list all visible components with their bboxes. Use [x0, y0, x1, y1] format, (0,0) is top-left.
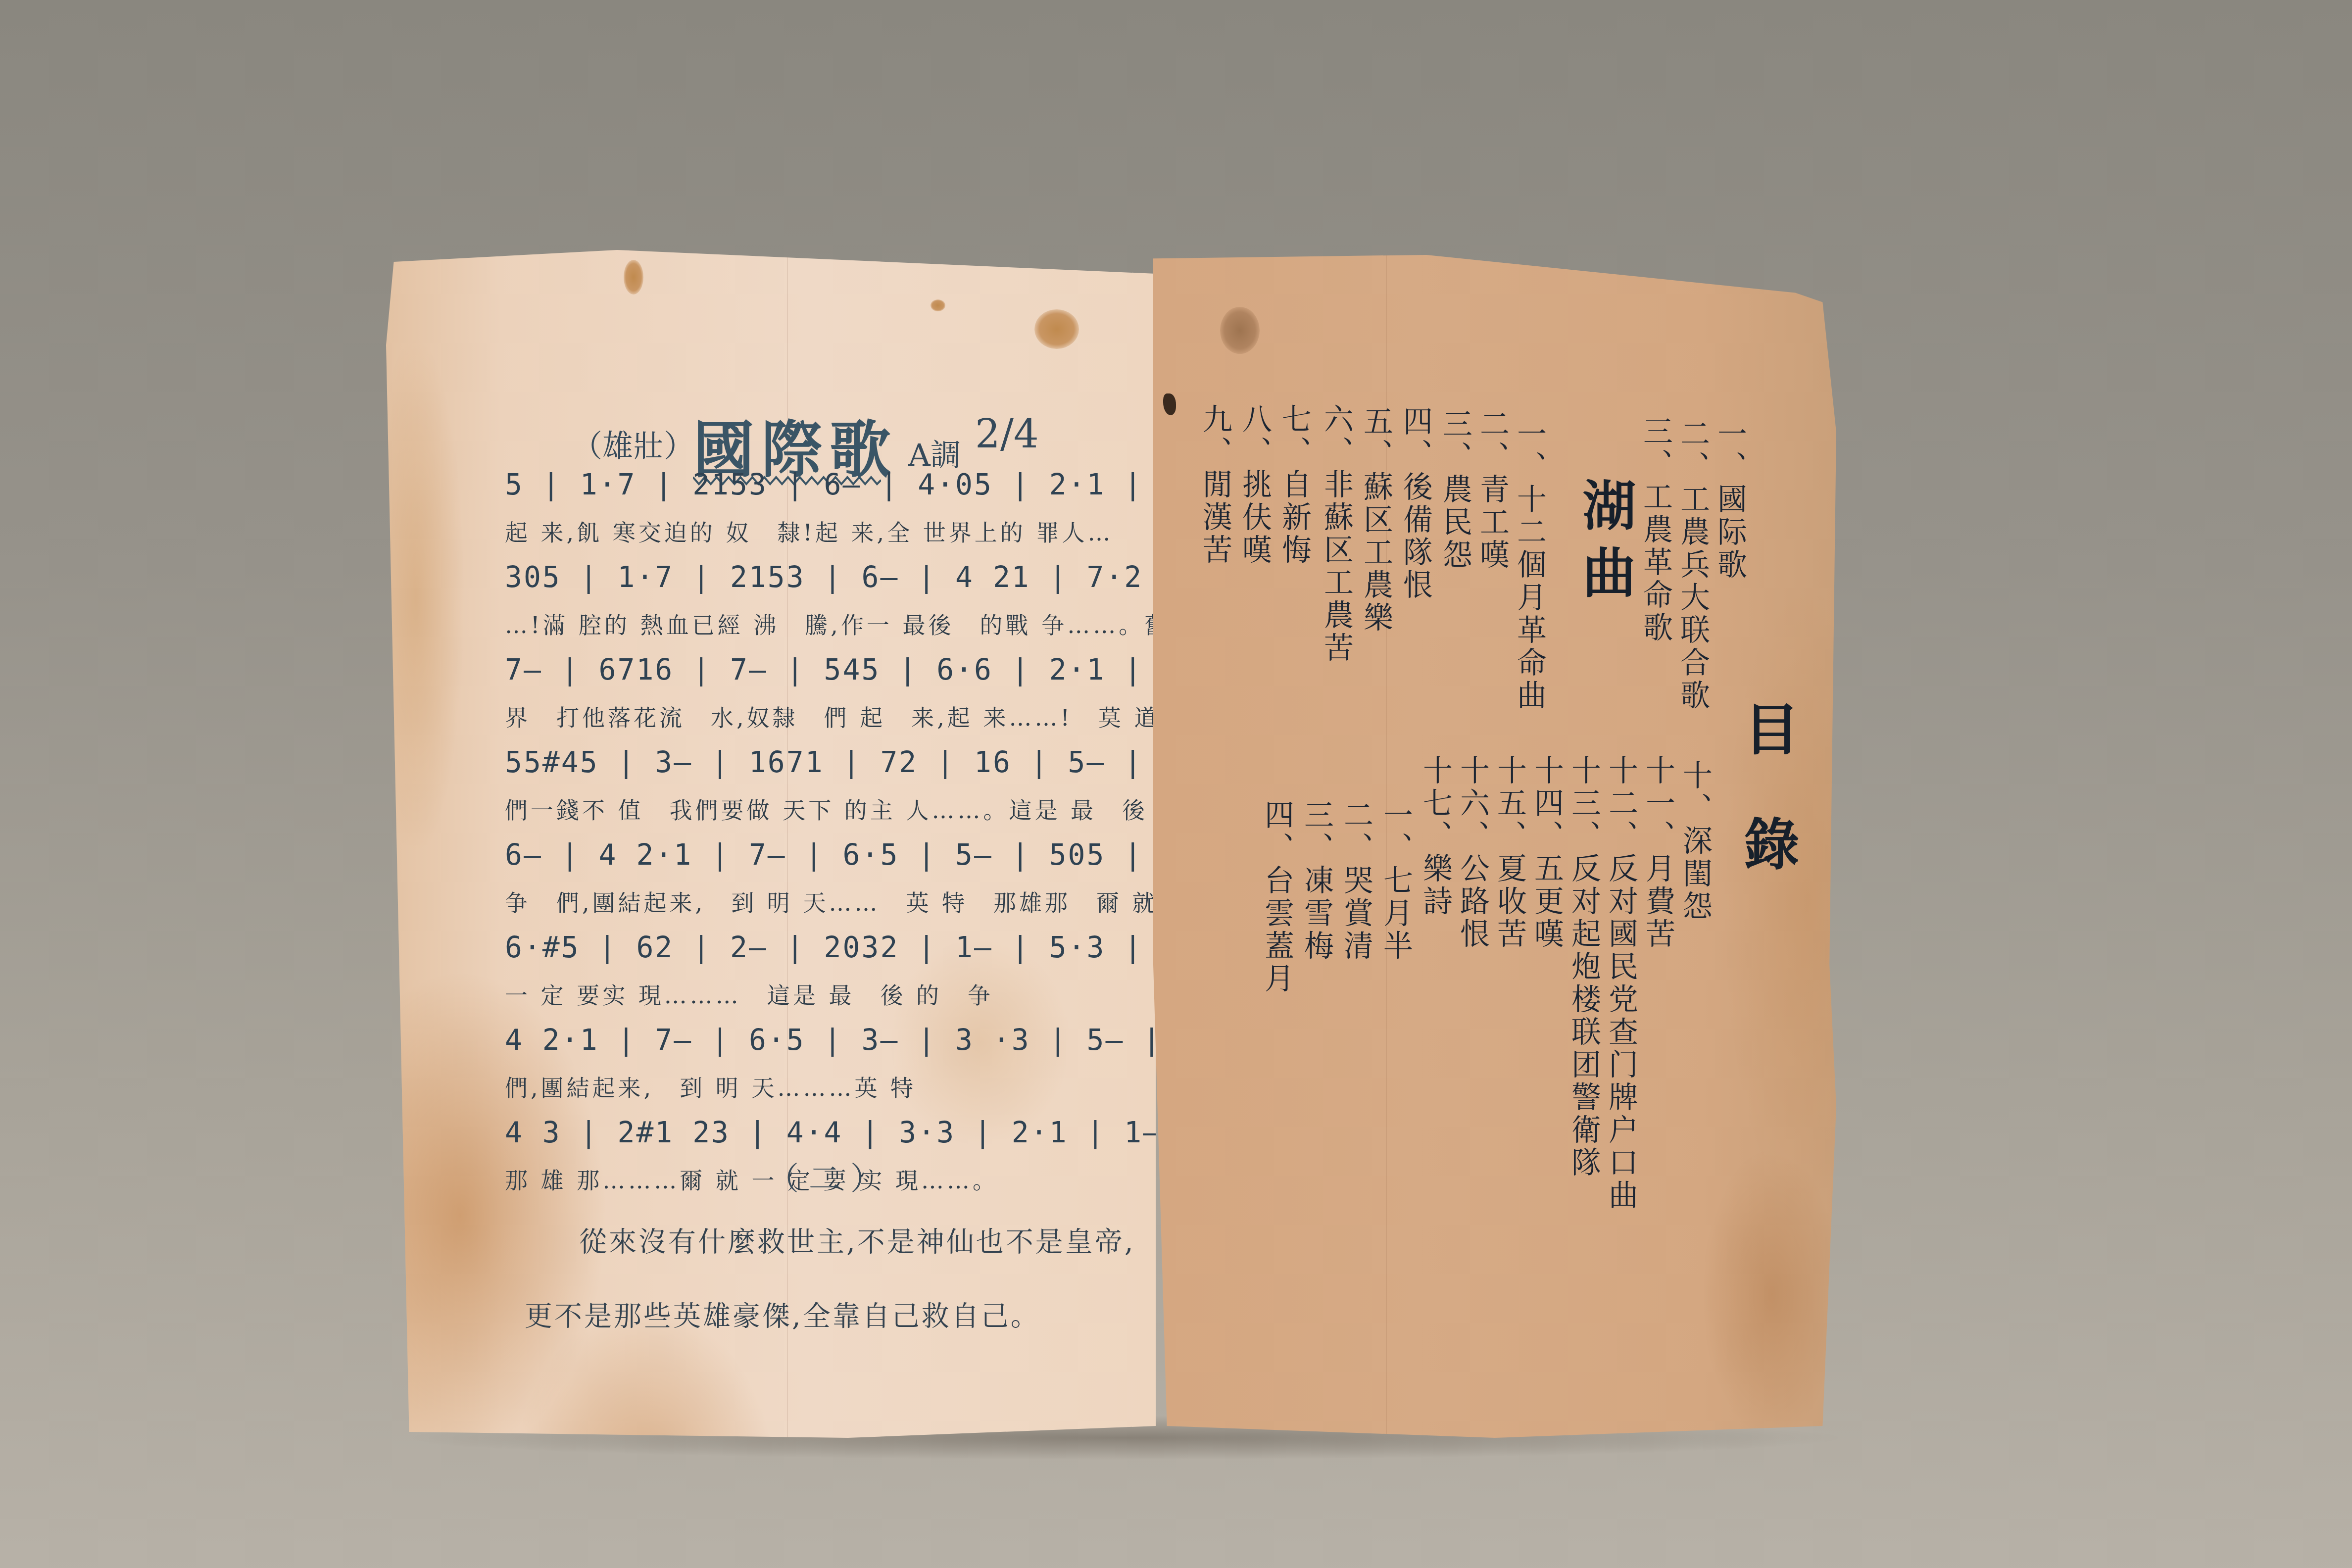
- toc-entry-number: 十二、: [1604, 755, 1638, 853]
- score-lyrics-line: …!滿 腔的 熱血已經 沸 騰,作一 最後 的戰 争……。舊世: [505, 607, 1148, 653]
- toc-entry-number: 六、: [1319, 403, 1354, 469]
- toc-entry-number: 十五、: [1492, 755, 1527, 853]
- section-heading: 湖曲: [1567, 478, 1643, 612]
- score-lyrics-line: 們,團結起来, 到 明 天………英 特: [505, 1070, 1148, 1116]
- score-notes-line: 6·#5 | 62 | 2— | 2032 | 1— | 5·3 | 6 — |: [505, 931, 1148, 978]
- toc-entry-title: 閒漢苦: [1198, 469, 1232, 567]
- toc-entry[interactable]: 九、閒漢苦: [1200, 403, 1230, 567]
- toc-entry-number: 十六、: [1455, 755, 1490, 853]
- toc-entry-number: 八、: [1237, 403, 1272, 469]
- toc-entry-title: 夏收苦: [1492, 853, 1527, 951]
- song-header: （雄壯） 國際歌 A調 2/4: [572, 401, 1067, 475]
- water-stain-spot: [624, 260, 643, 294]
- toc-entry[interactable]: 五、蘇区工農樂: [1361, 406, 1391, 635]
- toc-entry-title: 月費苦: [1641, 853, 1675, 951]
- toc-entry-title: 蘇区工農樂: [1359, 471, 1393, 635]
- toc-entry-number: 十七、: [1418, 755, 1453, 853]
- left-page: （雄壯） 國際歌 A調 2/4 5 | 1·7 | 2153 | 6— | 4·…: [386, 250, 1156, 1438]
- water-stain-spot: [1220, 307, 1260, 354]
- toc-entry-title: 哭賞清: [1339, 865, 1373, 963]
- toc-entry[interactable]: 二、哭賞清: [1341, 799, 1371, 963]
- toc-entry-number: 三、: [1638, 416, 1673, 481]
- toc-entry-number: 七、: [1277, 403, 1312, 469]
- toc-entry-number: 十、: [1678, 760, 1713, 825]
- verse-number-label: （二）: [767, 1153, 892, 1199]
- toc-entry[interactable]: 十二、反对國民党查门牌户口曲: [1606, 755, 1636, 1212]
- score-notes-line: 7— | 6716 | 7— | 545 | 6·6 | 2·1 | 7— | …: [505, 653, 1148, 700]
- score-notes-line: 4 2·1 | 7— | 6·5 | 3— | 3 ·3 | 5— |: [505, 1023, 1148, 1070]
- toc-entry-number: 三、: [1438, 408, 1472, 474]
- toc-entry-number: 十四、: [1529, 755, 1564, 853]
- toc-entry[interactable]: 三、農民怨: [1440, 408, 1470, 572]
- toc-entry-number: 二、: [1475, 408, 1510, 474]
- toc-entry[interactable]: 十三、反对起炮楼联团警衛隊: [1569, 755, 1599, 1179]
- toc-entry-number: 二、: [1675, 418, 1710, 484]
- toc-entry[interactable]: 六、非蘇区工農苦: [1322, 403, 1351, 665]
- toc-entry-title: 自新悔: [1277, 469, 1312, 567]
- verse-line: 從來沒有什麼救世主,不是神仙也不是皇帝,: [579, 1220, 1135, 1260]
- toc-entry-title: 非蘇区工農苦: [1319, 469, 1354, 665]
- toc-entry[interactable]: 二、青工嘆: [1477, 408, 1507, 572]
- toc-entry-title: 台雲蓋月: [1260, 865, 1294, 995]
- toc-entry[interactable]: 八、挑伕嘆: [1240, 403, 1270, 567]
- score-lyrics-line: 一 定 要实 現……… 這是 最 後 的 争: [505, 978, 1148, 1023]
- toc-entry[interactable]: 十、深閨怨: [1680, 760, 1710, 923]
- toc-entry[interactable]: 三、工農革命歌: [1641, 416, 1670, 644]
- time-signature: 2/4: [975, 411, 1039, 457]
- toc-entry-title: 七月半: [1378, 865, 1413, 963]
- score-lyrics-line: 們一錢不 值 我們要做 天下 的主 人……。這是 最 後 的: [505, 792, 1148, 838]
- toc-entry[interactable]: 十四、五更嘆: [1532, 755, 1562, 951]
- toc-entry-number: 二、: [1339, 799, 1373, 865]
- toc-entry-title: 五更嘆: [1529, 853, 1564, 951]
- toc-entry-number: 四、: [1260, 799, 1294, 865]
- water-stain-spot: [931, 299, 945, 311]
- right-page-table-of-contents: 目錄 一、國际歌 二、工農兵大联合歌 三、工農革命歌 湖曲 一、十二個月革命曲 …: [1153, 255, 1836, 1438]
- toc-entry-title: 後備隊恨: [1398, 471, 1433, 602]
- toc-entry-title: 反对國民党查门牌户口曲: [1604, 853, 1638, 1212]
- toc-entry-title: 深閨怨: [1678, 825, 1713, 923]
- toc-entry[interactable]: 十五、夏收苦: [1495, 755, 1524, 951]
- toc-entry-title: 國际歌: [1713, 484, 1747, 582]
- toc-entry-title: 樂詩: [1418, 853, 1453, 918]
- toc-entry-number: 一、: [1378, 799, 1413, 865]
- score-notes-line: 55#45 | 3— | 1671 | 72 | 16 | 5— | 5032 …: [505, 745, 1148, 792]
- score-lyrics-line: 争 們,團結起来, 到 明 天…… 英 特 那雄那 爾 就: [505, 885, 1148, 931]
- toc-entry-number: 一、: [1713, 418, 1747, 484]
- toc-entry-number: 十一、: [1641, 755, 1675, 853]
- toc-entry-title: 凍雪梅: [1299, 865, 1334, 963]
- toc-entry-title: 反对起炮楼联团警衛隊: [1567, 853, 1601, 1179]
- toc-entry[interactable]: 十一、月費苦: [1643, 755, 1673, 951]
- burn-mark: [1163, 393, 1176, 415]
- toc-entry[interactable]: 七、自新悔: [1279, 403, 1309, 567]
- numbered-musical-score: 5 | 1·7 | 2153 | 6— | 4·05 | 2·1 | 7654 …: [505, 468, 1148, 1208]
- toc-entry-number: 一、: [1512, 418, 1547, 484]
- score-notes-line: 5 | 1·7 | 2153 | 6— | 4·05 | 2·1 | 7654 …: [505, 468, 1148, 515]
- water-stain-spot: [1034, 309, 1079, 349]
- toc-entry[interactable]: 三、凍雪梅: [1302, 799, 1331, 963]
- score-notes-line: 305 | 1·7 | 2153 | 6— | 4 21 | 7·2 | 4·7…: [505, 560, 1148, 607]
- toc-entry[interactable]: 一、十二個月革命曲: [1515, 418, 1544, 712]
- toc-entry[interactable]: 一、國际歌: [1715, 418, 1745, 582]
- verse-line: 更不是那些英雄豪傑,全靠自己救自己。: [525, 1294, 1040, 1334]
- toc-entry-number: 十三、: [1567, 755, 1601, 853]
- score-lyrics-line: 界 打他落花流 水,奴隸 們 起 来,起 来……! 莫 道 我: [505, 700, 1148, 745]
- score-lyrics-line: 起 来,飢 寒交迫的 奴 隸!起 来,全 世界上的 罪人…: [505, 515, 1148, 560]
- toc-entry-title: 農民怨: [1438, 474, 1472, 572]
- toc-entry[interactable]: 四、後備隊恨: [1401, 406, 1430, 602]
- toc-entry-number: 五、: [1359, 406, 1393, 471]
- toc-entry-title: 工農兵大联合歌: [1675, 484, 1710, 712]
- score-notes-line: 6— | 4 2·1 | 7— | 6·5 | 5— | 505 | 3— | …: [505, 838, 1148, 885]
- toc-entry[interactable]: 十六、公路恨: [1458, 755, 1487, 951]
- toc-entry-title: 十二個月革命曲: [1512, 484, 1547, 712]
- tempo-marking: （雄壯）: [572, 422, 694, 466]
- toc-entry-title: 青工嘆: [1475, 474, 1510, 572]
- toc-entry[interactable]: 十七、樂詩: [1421, 755, 1450, 918]
- toc-entry-title: 工農革命歌: [1638, 481, 1673, 644]
- toc-entry[interactable]: 二、工農兵大联合歌: [1678, 418, 1708, 712]
- toc-entry-number: 九、: [1198, 403, 1232, 469]
- toc-entry[interactable]: 四、台雲蓋月: [1262, 799, 1292, 995]
- toc-entry-number: 三、: [1299, 799, 1334, 865]
- toc-entry-title: 挑伕嘆: [1237, 469, 1272, 567]
- toc-entry-title: 公路恨: [1455, 853, 1490, 951]
- toc-heading: 目錄: [1727, 700, 1807, 930]
- toc-entry-number: 四、: [1398, 406, 1433, 471]
- toc-entry[interactable]: 一、七月半: [1381, 799, 1411, 963]
